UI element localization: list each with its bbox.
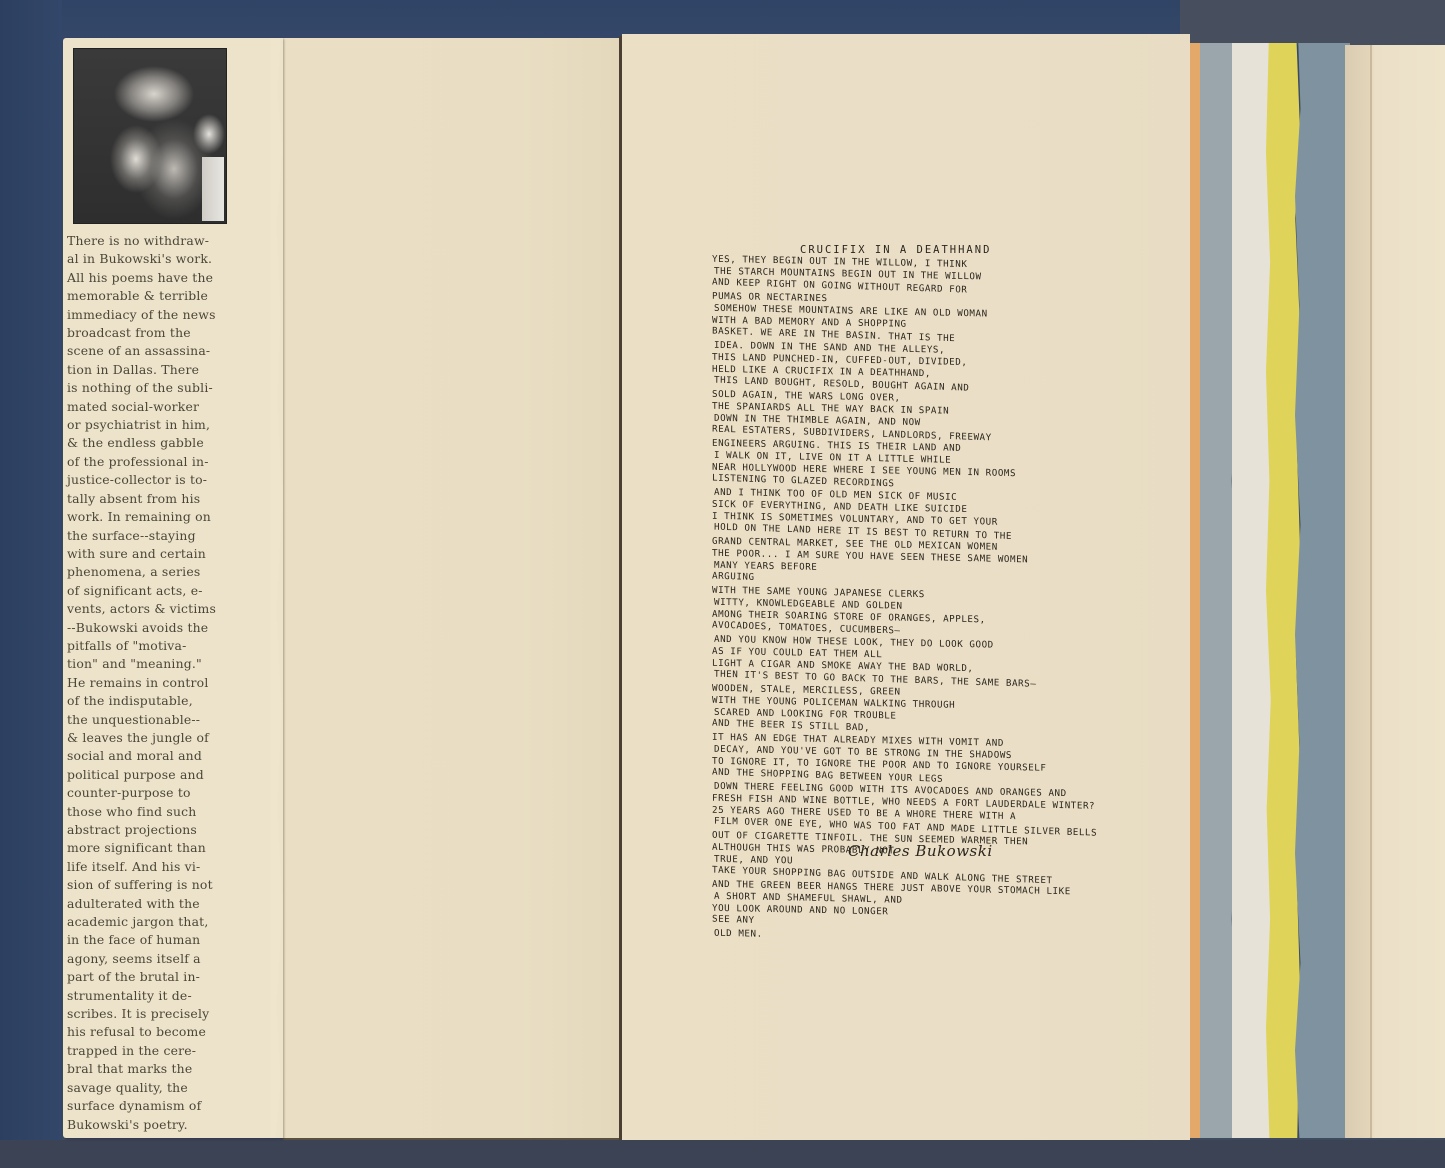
paper-strip-orange <box>1190 43 1201 1138</box>
photo-collar <box>202 157 224 221</box>
blurb-line: al in Bukowski's work. <box>67 250 247 268</box>
blurb-line: immediacy of the news <box>67 306 247 324</box>
blurb-line: part of the brutal in- <box>67 968 247 986</box>
paper-strip-slate <box>1295 43 1350 1138</box>
blurb-line: the unquestionable-- <box>67 711 247 729</box>
blurb-line: life itself. And his vi- <box>67 858 247 876</box>
blurb-line: work. In remaining on <box>67 508 247 526</box>
author-blurb: There is no withdraw-al in Bukowski's wo… <box>67 232 247 1134</box>
blurb-line: broadcast from the <box>67 324 247 342</box>
blurb-line: or psychiatrist in him, <box>67 416 247 434</box>
blurb-line: All his poems have the <box>67 269 247 287</box>
paper-strip-yellow <box>1266 43 1300 1138</box>
paper-strip-grey <box>1200 43 1236 1138</box>
blurb-line: surface dynamism of <box>67 1097 247 1115</box>
blurb-line: tion in Dallas. There <box>67 361 247 379</box>
blurb-line: agony, seems itself a <box>67 950 247 968</box>
blurb-line: of the indisputable, <box>67 692 247 710</box>
blurb-line: more significant than <box>67 839 247 857</box>
blurb-line: his refusal to become <box>67 1023 247 1041</box>
blurb-line: of significant acts, e- <box>67 582 247 600</box>
backdrop-left <box>0 0 62 1168</box>
blurb-line: in the face of human <box>67 931 247 949</box>
blurb-line: the surface--staying <box>67 527 247 545</box>
right-leaf-fold <box>1370 45 1372 1138</box>
blurb-line: & leaves the jungle of <box>67 729 247 747</box>
blurb-line: tally absent from his <box>67 490 247 508</box>
blurb-line: is nothing of the subli- <box>67 379 247 397</box>
blurb-line: tion" and "meaning." <box>67 655 247 673</box>
blurb-line: vents, actors & victims <box>67 600 247 618</box>
blurb-line: pitfalls of "motiva- <box>67 637 247 655</box>
poem-title: CRUCIFIX IN A DEATHHAND <box>800 244 991 256</box>
blurb-line: with sure and certain <box>67 545 247 563</box>
blurb-line: There is no withdraw- <box>67 232 247 250</box>
backdrop-right <box>1180 0 1445 45</box>
blurb-line: scene of an assassina- <box>67 342 247 360</box>
blurb-line: counter-purpose to <box>67 784 247 802</box>
blurb-line: academic jargon that, <box>67 913 247 931</box>
backdrop-bottom <box>0 1140 1445 1168</box>
blurb-line: He remains in control <box>67 674 247 692</box>
blurb-line: mated social-worker <box>67 398 247 416</box>
blurb-line: bral that marks the <box>67 1060 247 1078</box>
blurb-line: abstract projections <box>67 821 247 839</box>
author-photo <box>73 48 227 224</box>
blurb-line: trapped in the cere- <box>67 1042 247 1060</box>
blurb-line: those who find such <box>67 803 247 821</box>
blank-facing-page <box>283 38 620 1140</box>
blurb-line: Bukowski's poetry. <box>67 1116 247 1134</box>
blurb-line: savage quality, the <box>67 1079 247 1097</box>
right-leaf <box>1345 45 1445 1138</box>
blurb-line: scribes. It is precisely <box>67 1005 247 1023</box>
blurb-line: memorable & terrible <box>67 287 247 305</box>
blurb-line: social and moral and <box>67 747 247 765</box>
blurb-line: --Bukowski avoids the <box>67 619 247 637</box>
blurb-line: adulterated with the <box>67 895 247 913</box>
blurb-line: sion of suffering is not <box>67 876 247 894</box>
blurb-line: & the endless gabble <box>67 434 247 452</box>
blurb-line: justice-collector is to- <box>67 471 247 489</box>
blurb-line: political purpose and <box>67 766 247 784</box>
author-signature: Charles Bukowski <box>848 842 993 860</box>
blurb-line: phenomena, a series <box>67 563 247 581</box>
blurb-line: strumentality it de- <box>67 987 247 1005</box>
blurb-line: of the professional in- <box>67 453 247 471</box>
